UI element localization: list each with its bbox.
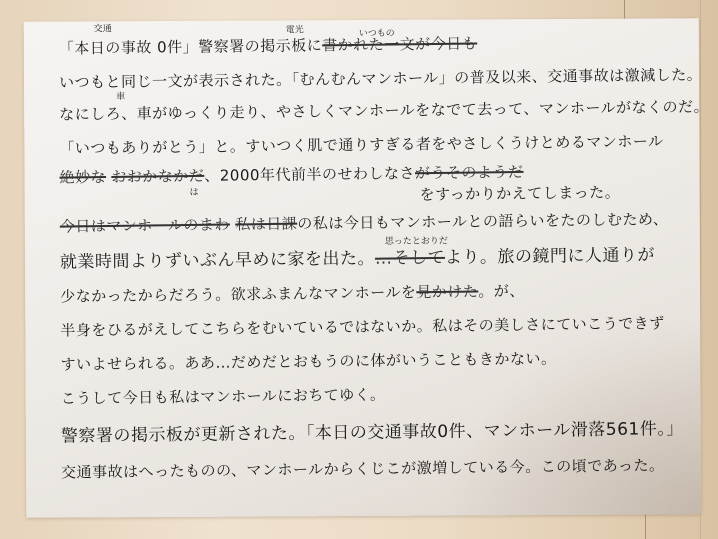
line-text: なにしろ、車がゆっくり走り、やさしくマンホールをなでて去って、マンホールがなくの… — [59, 98, 709, 124]
line-text: 、2000年代前半のせわしなさ — [204, 164, 415, 185]
line-text: 就業時間よりずいぶん早めに家を出た。 — [60, 249, 375, 273]
annotation: 電光 — [286, 22, 304, 35]
line-text: 「本日の事故 0件」警察署の掲示板に — [59, 36, 323, 57]
line-text: 「いつもありがとう」と。すいつく肌で通りすぎる者をやさしくうけとめるマンホール — [59, 132, 663, 157]
struck-text: おおかなかだ — [111, 167, 204, 186]
annotation: 交通 — [94, 21, 112, 34]
line-text: 。が、 — [478, 282, 525, 301]
struck-text: 見かけた — [416, 282, 478, 301]
wood-grain-line — [624, 0, 625, 20]
struck-text: 絶妙な — [59, 168, 106, 187]
line-text: こうして今日も私はマンホールにおちてゆく。 — [61, 386, 386, 408]
annotation: 車 — [116, 89, 125, 102]
struck-text: 今日はマンホールのまわ — [60, 216, 230, 236]
line-text: より。旅の鏡門に人通りが — [445, 245, 655, 268]
note-line-1: 「本日の事故 0件」警察署の掲示板に書かれた一文が今日も — [59, 32, 478, 58]
handwritten-note-paper: 交通 電光 いつもの 「本日の事故 0件」警察署の掲示板に書かれた一文が今日も … — [24, 18, 702, 518]
line-text: 少なかったからだろう。欲求ふまんなマンホールを — [60, 283, 416, 305]
note-line-6: をすっかりかえてしまった。 — [419, 181, 620, 204]
struck-text: 書かれた一文が今日も — [322, 34, 477, 54]
note-line-12: こうして今日も私はマンホールにおちてゆく。 — [61, 384, 386, 409]
note-line-8: 就業時間よりずいぶん早めに家を出た。…そしてより。旅の鏡門に人通りが — [60, 240, 655, 272]
struck-text: …そして — [375, 248, 445, 269]
note-line-2: いつもと同じ一文が表示された。「むんむんマンホール」の普及以来、交通事故は激減し… — [59, 64, 702, 93]
note-line-4: 「いつもありがとう」と。すいつく肌で通りすぎる者をやさしくうけとめるマンホール — [59, 130, 663, 158]
line-text: の私は今日もマンホールとの語らいをたのしむため、 — [297, 210, 668, 233]
struck-text: がうそのようだ — [415, 163, 524, 182]
line-text: いつもと同じ一文が表示された。「むんむんマンホール」の普及以来、交通事故は激減し… — [59, 66, 702, 92]
annotation: は — [190, 185, 199, 198]
line-text: をすっかりかえてしまった。 — [420, 183, 621, 203]
struck-text: 私は日課 — [235, 215, 297, 234]
note-line-9: 少なかったからだろう。欲求ふまんなマンホールを見かけた。が、 — [60, 280, 525, 307]
note-line-3: なにしろ、車がゆっくり走り、やさしくマンホールをなでて去って、マンホールがなくの… — [59, 96, 709, 125]
note-line-7: 今日はマンホールのまわ 私は日課の私は今日もマンホールとの語らいをたのしむため、 — [60, 208, 669, 236]
